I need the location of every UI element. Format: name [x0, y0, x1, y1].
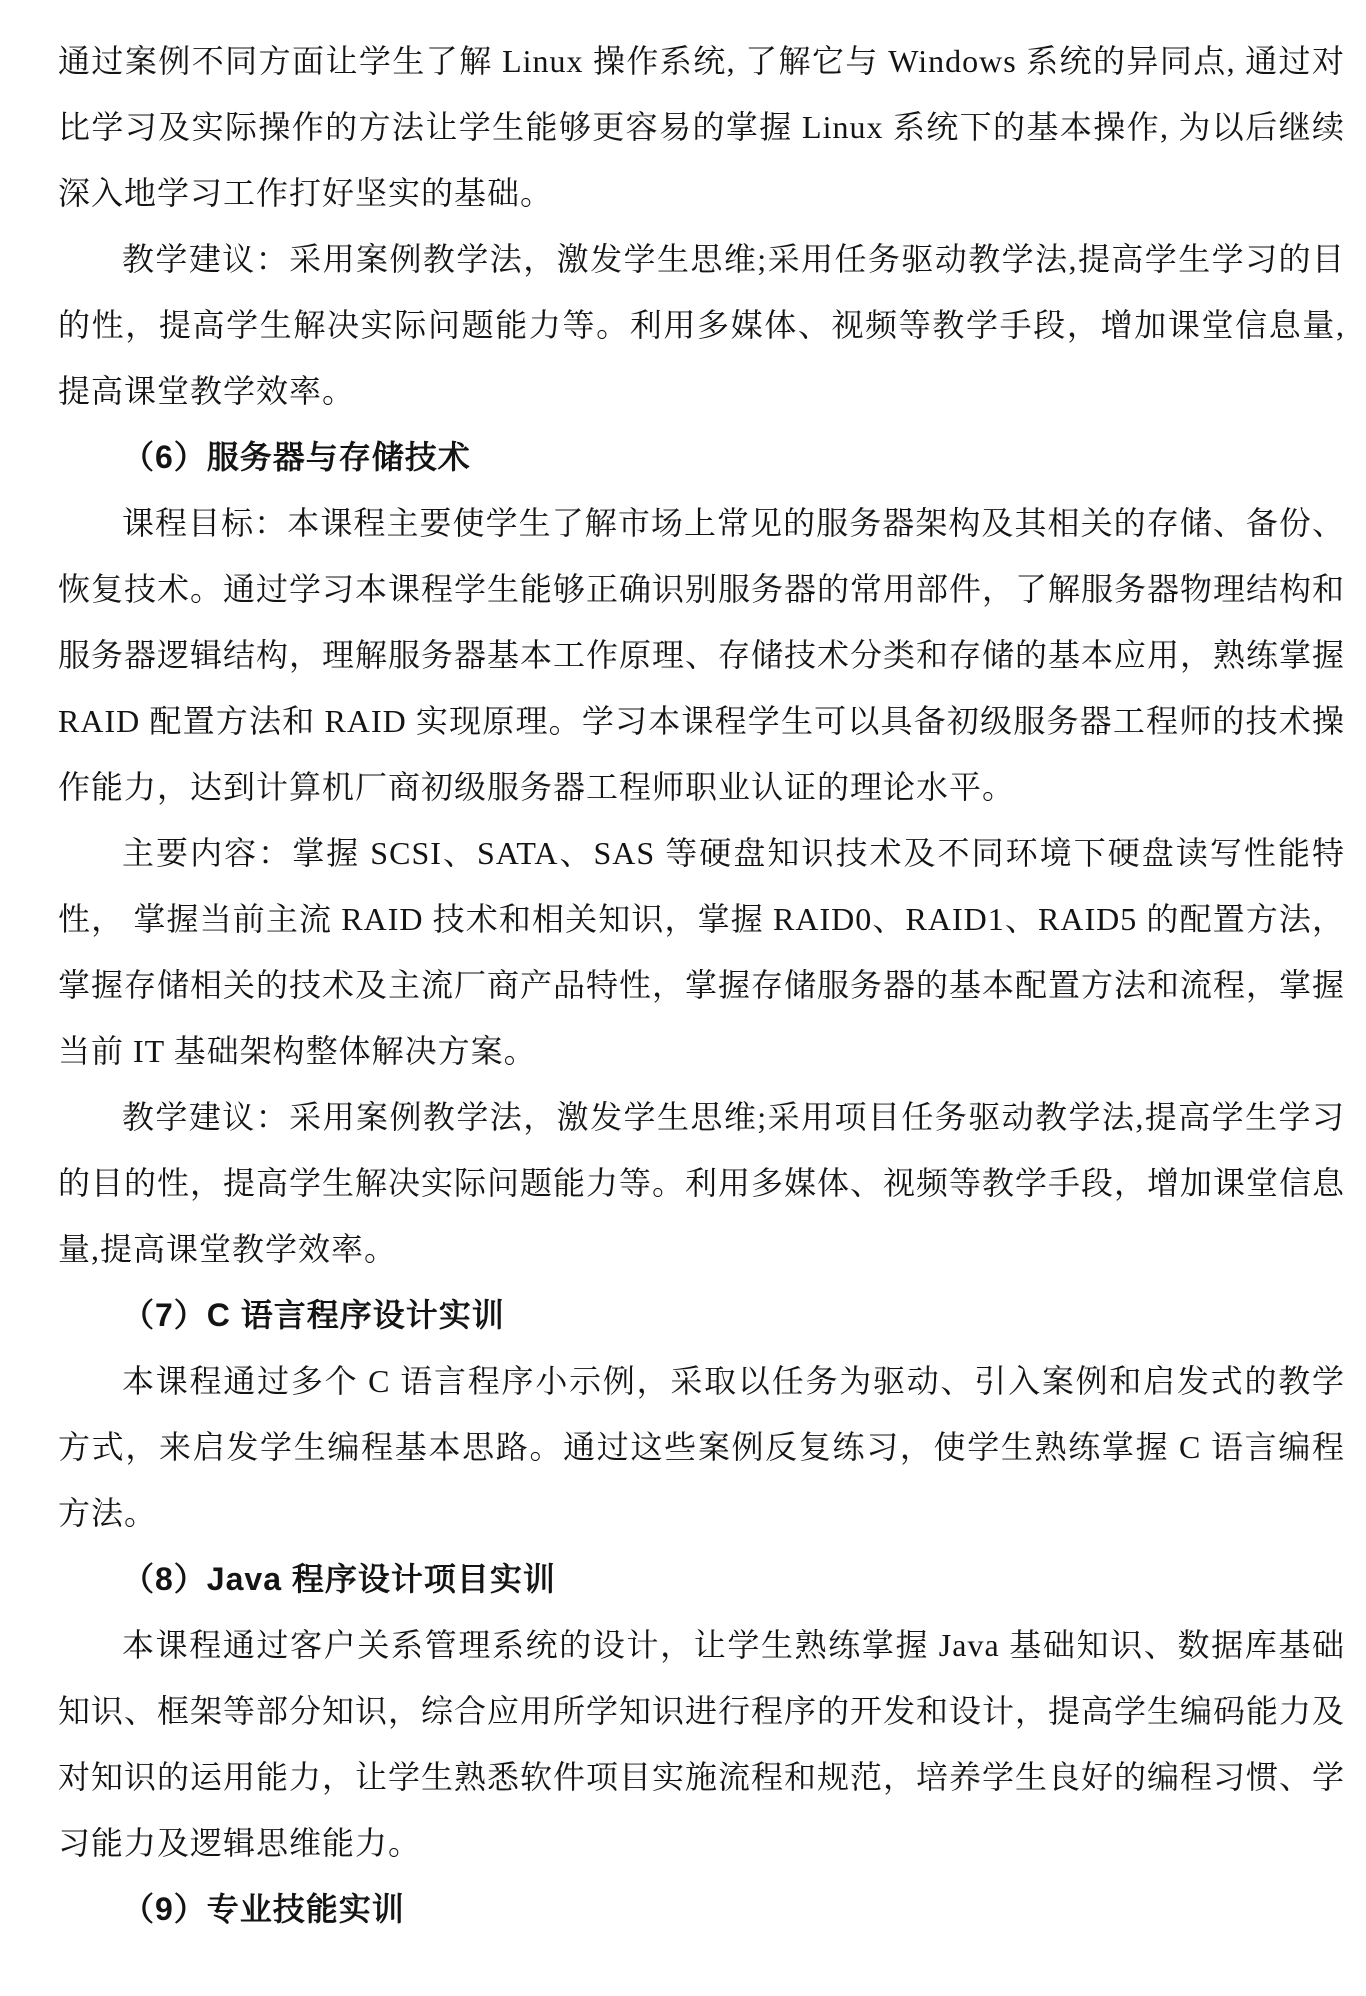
paragraph-linux-teaching-advice: 教学建议：采用案例教学法，激发学生思维;采用任务驱动教学法,提高学生学习的目的性… [58, 226, 1345, 424]
paragraph-server-main-content: 主要内容：掌握 SCSI、SATA、SAS 等硬盘知识技术及不同环境下硬盘读写性… [58, 820, 1345, 1084]
heading-course-6-server-storage: （6）服务器与存储技术 [58, 424, 1345, 490]
heading-course-7-c-language-training: （7）C 语言程序设计实训 [58, 1282, 1345, 1348]
paragraph-c-language-description: 本课程通过多个 C 语言程序小示例，采取以任务为驱动、引入案例和启发式的教学方式… [58, 1348, 1345, 1546]
heading-course-8-java-project-training: （8）Java 程序设计项目实训 [58, 1546, 1345, 1612]
paragraph-server-course-goal: 课程目标：本课程主要使学生了解市场上常见的服务器架构及其相关的存储、备份、恢复技… [58, 490, 1345, 820]
heading-course-9-professional-skills-training: （9）专业技能实训 [58, 1876, 1345, 1942]
paragraph-linux-course-goal-continuation: 通过案例不同方面让学生了解 Linux 操作系统, 了解它与 Windows 系… [58, 28, 1345, 226]
paragraph-server-teaching-advice: 教学建议：采用案例教学法，激发学生思维;采用项目任务驱动教学法,提高学生学习的目… [58, 1084, 1345, 1282]
document-page: 通过案例不同方面让学生了解 Linux 操作系统, 了解它与 Windows 系… [58, 0, 1345, 1942]
paragraph-java-description: 本课程通过客户关系管理系统的设计，让学生熟练掌握 Java 基础知识、数据库基础… [58, 1612, 1345, 1876]
